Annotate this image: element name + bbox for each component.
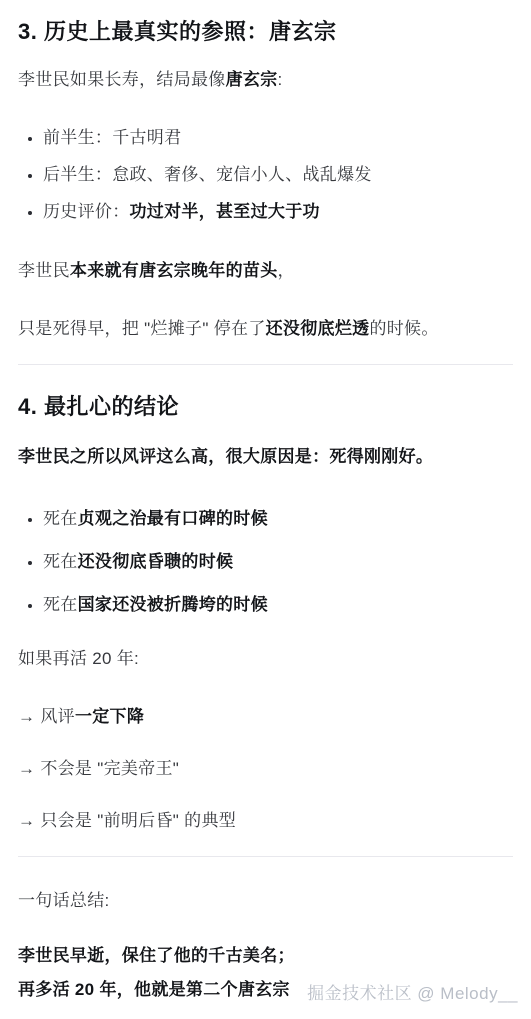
section-3-heading: 3. 历史上最真实的参照：唐玄宗 — [18, 17, 513, 46]
section-3-intro-paragraph: 李世民如果长寿，结局最像唐玄宗: — [18, 66, 513, 94]
section-4-bullet-list: 死在贞观之治最有口碑的时候 死在还没彻底昏聩的时候 死在国家还没被折腾垮的时候 — [18, 505, 513, 619]
list-item: 死在贞观之治最有口碑的时候 — [43, 505, 513, 533]
summary-line-2: 再多活 20 年，他就是第二个唐玄宗 — [18, 973, 513, 1007]
paragraph-early-death: 只是死得早，把 "烂摊子" 停在了还没彻底烂透的时候。 — [18, 315, 513, 343]
paragraph-if-20-years: 如果再活 20 年: — [18, 645, 513, 673]
list-item: 历史评价：功过对半，甚至过大于功 — [43, 198, 513, 226]
summary-label: 一句话总结: — [18, 887, 513, 915]
list-item: 后半生：怠政、奢侈、宠信小人、战乱爆发 — [43, 161, 513, 189]
list-item: 前半生：千古明君 — [43, 124, 513, 152]
paragraph-sprout: 李世民本来就有唐玄宗晚年的苗头， — [18, 257, 513, 285]
summary-line-1: 李世民早逝，保住了他的千古美名； — [18, 939, 513, 973]
arrow-line-2: → 不会是 "完美帝王" — [18, 755, 513, 783]
section-4-lead-paragraph: 李世民之所以风评这么高，很大原因是：死得刚刚好。 — [18, 443, 513, 471]
section-3-bullet-list: 前半生：千古明君 后半生：怠政、奢侈、宠信小人、战乱爆发 历史评价：功过对半，甚… — [18, 124, 513, 226]
list-item: 死在国家还没被折腾垮的时候 — [43, 591, 513, 619]
list-item: 死在还没彻底昏聩的时候 — [43, 548, 513, 576]
divider — [18, 856, 513, 857]
divider — [18, 364, 513, 365]
article-content: 3. 历史上最真实的参照：唐玄宗 李世民如果长寿，结局最像唐玄宗: 前半生：千古… — [0, 0, 531, 1007]
arrow-line-3: → 只会是 "前明后昏" 的典型 — [18, 807, 513, 835]
arrow-line-1: → 风评一定下降 — [18, 703, 513, 731]
section-4-heading: 4. 最扎心的结论 — [18, 392, 513, 421]
